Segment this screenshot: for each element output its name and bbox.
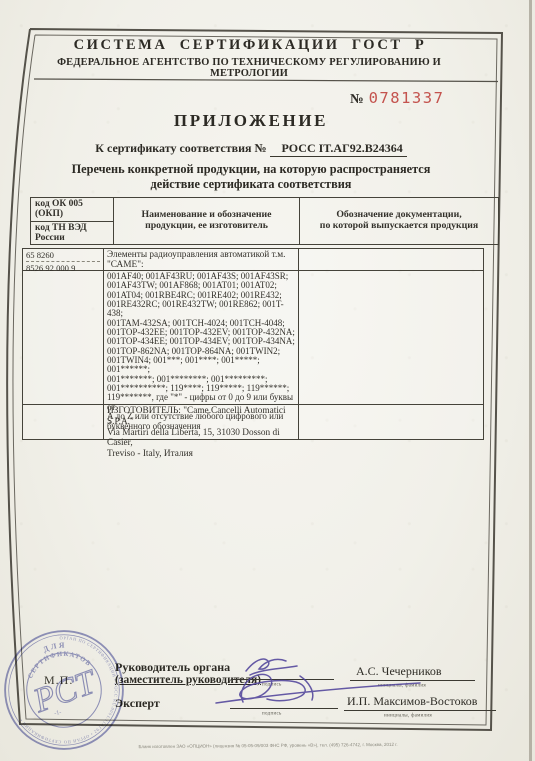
product-table: 65 8260 8526 92 000 9 Элементы радиоупра… xyxy=(22,248,484,440)
head-signature-ink xyxy=(246,659,297,675)
table-row: ИЗГОТОВИТЕЛЬ: "Came Cancelli Automatici … xyxy=(23,404,483,439)
table-header: код ОК 005 (ОКП) код ТН ВЭД России Наиме… xyxy=(30,197,499,245)
model-codes-cell: 001AF40; 001AF43RU; 001AF43S; 001AF43SR;… xyxy=(104,271,299,404)
header-okp-code-label: код ОК 005 (ОКП) xyxy=(31,198,113,222)
serial-number: № 0781337 xyxy=(350,89,444,107)
stamp-bottom-mark: -1- xyxy=(54,709,63,717)
appendix-title: ПРИЛОЖЕНИЕ xyxy=(31,111,471,131)
cert-system-title: СИСТЕМА СЕРТИФИКАЦИИ ГОСТ Р xyxy=(30,37,470,54)
certificate-reference: К сертификату соответствия № РОСС IT.АГ9… xyxy=(31,141,471,156)
scan-edge-shadow xyxy=(529,0,532,761)
header-divider-line xyxy=(34,79,498,82)
form-print-info: Бланк изготовлен ЗАО «ОПЦИОН» (лицензия … xyxy=(138,742,397,750)
codes-cell-empty xyxy=(23,271,104,404)
agency-title: ФЕДЕРАЛЬНОЕ АГЕНТСТВО ПО ТЕХНИЧЕСКОМУ РЕ… xyxy=(26,57,472,79)
expert-name: И.П. Максимов-Востоков xyxy=(347,694,477,709)
name-caption: инициалы, фамилия xyxy=(384,712,432,718)
signature-caption: подпись xyxy=(262,681,282,687)
head-name: А.С. Чечерников xyxy=(356,664,442,679)
header-product-name-label: Наименование и обозначение продукции, ее… xyxy=(114,198,300,244)
manufacturer-cell: ИЗГОТОВИТЕЛЬ: "Came Cancelli Automatici … xyxy=(104,405,299,439)
documentation-cell-empty xyxy=(299,271,483,404)
header-documentation-label: Обозначение документации, по которой вып… xyxy=(300,198,498,244)
codes-cell-empty xyxy=(23,405,104,439)
name-line-expert xyxy=(344,710,496,711)
serial-prefix: № xyxy=(350,91,364,107)
name-line-head xyxy=(350,680,475,681)
deputy-head-label: (заместитель руководителя) xyxy=(115,674,261,686)
documentation-cell-empty xyxy=(299,405,483,439)
product-title-cell: Элементы радиоуправления автоматикой т.м… xyxy=(104,249,299,270)
stamp-rst-mark: РСТ xyxy=(28,663,102,720)
table-row: 001AF40; 001AF43RU; 001AF43S; 001AF43SR;… xyxy=(23,270,483,404)
name-caption: инициалы, фамилия xyxy=(378,682,426,688)
purpose-statement: Перечень конкретной продукции, на котору… xyxy=(31,162,471,191)
certification-stamp: ОРГАН ПО СЕРТИФИКАЦИИ • РОСС RU.0001.11А… xyxy=(0,616,138,761)
header-tnved-code-label: код ТН ВЭД России xyxy=(31,222,113,245)
certificate-appendix-page: СИСТЕМА СЕРТИФИКАЦИИ ГОСТ Р ФЕДЕРАЛЬНОЕ … xyxy=(0,0,535,761)
certificate-number: РОСС IT.АГ92.В24364 xyxy=(270,141,407,157)
documentation-cell-empty xyxy=(299,249,483,270)
serial-digits: 0781337 xyxy=(369,89,445,107)
okp-code: 65 8260 xyxy=(26,250,100,262)
signature-line-head xyxy=(232,679,334,680)
signature-line-expert xyxy=(230,708,338,709)
codes-cell: 65 8260 8526 92 000 9 xyxy=(23,249,104,270)
table-header-col-codes: код ОК 005 (ОКП) код ТН ВЭД России xyxy=(31,198,114,244)
table-row: 65 8260 8526 92 000 9 Элементы радиоупра… xyxy=(23,249,483,270)
head-of-body-label: Руководитель органа xyxy=(115,660,230,675)
signature-caption: подпись xyxy=(262,710,282,716)
certificate-reference-label: К сертификату соответствия № xyxy=(95,141,266,155)
